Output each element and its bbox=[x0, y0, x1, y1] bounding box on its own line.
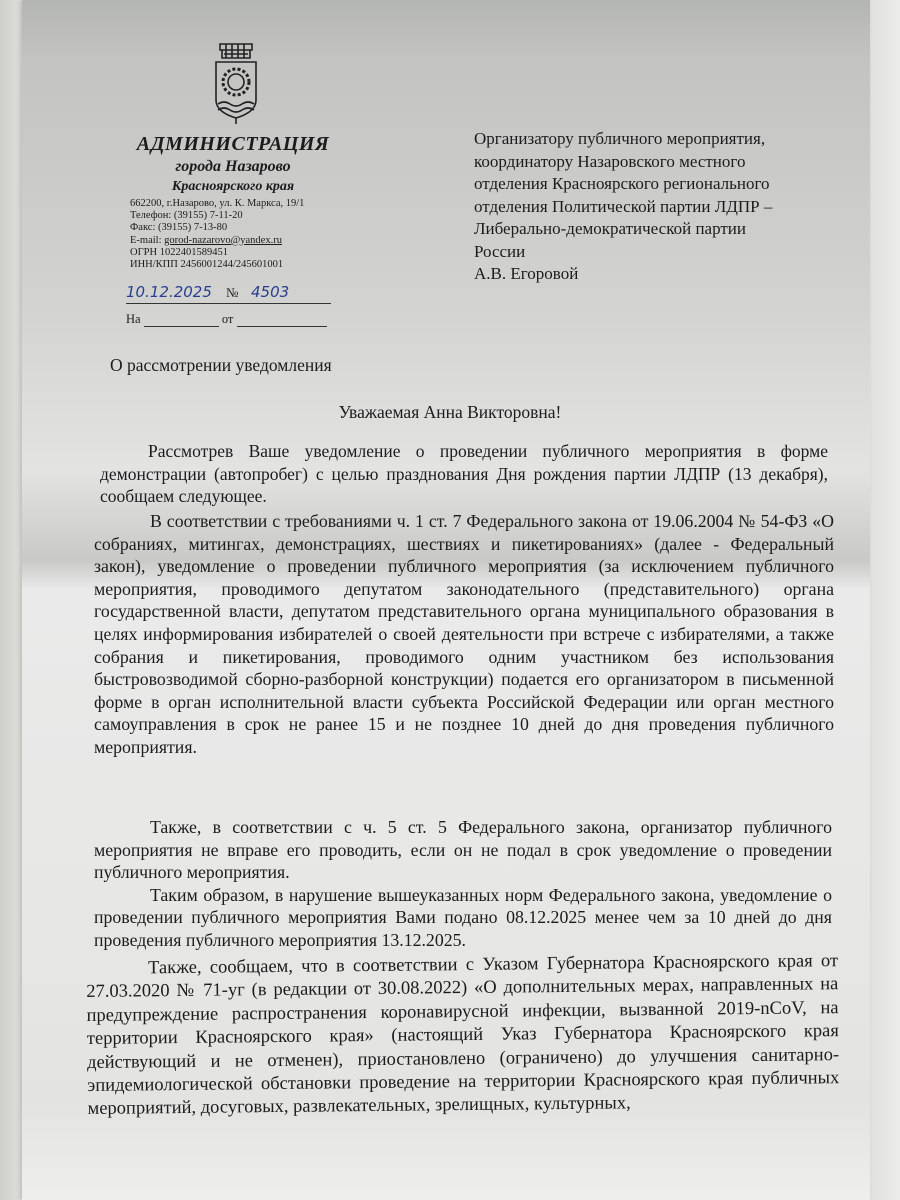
paragraph: В соответствии с требованиями ч. 1 ст. 7… bbox=[94, 510, 834, 759]
registration-number: 4503 bbox=[251, 283, 289, 301]
registration-date: 10.12.2025 bbox=[126, 283, 212, 301]
inn-kpp: ИНН/КПП 2456001244/245601001 bbox=[130, 259, 304, 271]
org-region: Красноярского края bbox=[128, 177, 338, 196]
reply-to-label: На bbox=[126, 312, 141, 327]
letter-body-continued: В соответствии с требованиями ч. 1 ст. 7… bbox=[94, 510, 834, 759]
paragraph: Также, в соответствии с ч. 5 ст. 5 Федер… bbox=[94, 816, 832, 884]
email-link[interactable]: gorod-nazarovo@yandex.ru bbox=[164, 235, 282, 246]
letter-body: Рассмотрев Ваше уведомление о проведении… bbox=[100, 440, 828, 508]
email-line: E-mail: gorod-nazarovo@yandex.ru bbox=[130, 235, 304, 247]
letterhead-requisites: 662200, г.Назарово, ул. К. Маркса, 19/1 … bbox=[130, 198, 304, 271]
recipient-line: Организатору публичного мероприятия, bbox=[474, 128, 834, 151]
fax: Факс: (39155) 7-13-80 bbox=[130, 222, 304, 234]
letter-subject: О рассмотрении уведомления bbox=[110, 355, 332, 376]
reply-reference-line: На от bbox=[126, 312, 327, 327]
reply-from-blank bbox=[237, 312, 327, 327]
salutation: Уважаемая Анна Викторовна! bbox=[0, 402, 900, 423]
number-sign: № bbox=[226, 285, 238, 301]
reply-from-label: от bbox=[222, 312, 234, 327]
phone: Телефон: (39155) 7-11-20 bbox=[130, 210, 304, 222]
reply-to-blank bbox=[144, 312, 219, 327]
org-title: АДМИНИСТРАЦИЯ bbox=[128, 132, 338, 156]
letter-body-continued: Также, сообщаем, что в соответствии с Ук… bbox=[86, 958, 838, 1122]
paragraph: Также, сообщаем, что в соответствии с Ук… bbox=[86, 950, 840, 1122]
registration-line: 10.12.2025 № 4503 bbox=[126, 283, 331, 304]
paragraph: Рассмотрев Ваше уведомление о проведении… bbox=[100, 440, 828, 508]
coat-of-arms-icon bbox=[210, 40, 262, 135]
letterhead-title: АДМИНИСТРАЦИЯ города Назарово Красноярск… bbox=[128, 132, 338, 196]
paragraph: Таким образом, в нарушение вышеуказанных… bbox=[94, 884, 832, 952]
recipient-line: координатору Назаровского местного bbox=[474, 151, 834, 174]
email-label: E-mail: bbox=[130, 235, 164, 246]
ogrn: ОГРН 1022401589451 bbox=[130, 247, 304, 259]
address: 662200, г.Назарово, ул. К. Маркса, 19/1 bbox=[130, 198, 304, 210]
org-city: города Назарово bbox=[128, 156, 338, 177]
recipient-line: России bbox=[474, 241, 834, 264]
recipient-name: А.В. Егоровой bbox=[474, 263, 834, 286]
recipient-line: отделения Политической партии ЛДПР – bbox=[474, 196, 834, 219]
recipient-block: Организатору публичного мероприятия, коо… bbox=[474, 128, 834, 286]
recipient-line: отделения Красноярского регионального bbox=[474, 173, 834, 196]
letter-body-continued: Также, в соответствии с ч. 5 ст. 5 Федер… bbox=[94, 816, 832, 952]
recipient-line: Либерально-демократической партии bbox=[474, 218, 834, 241]
